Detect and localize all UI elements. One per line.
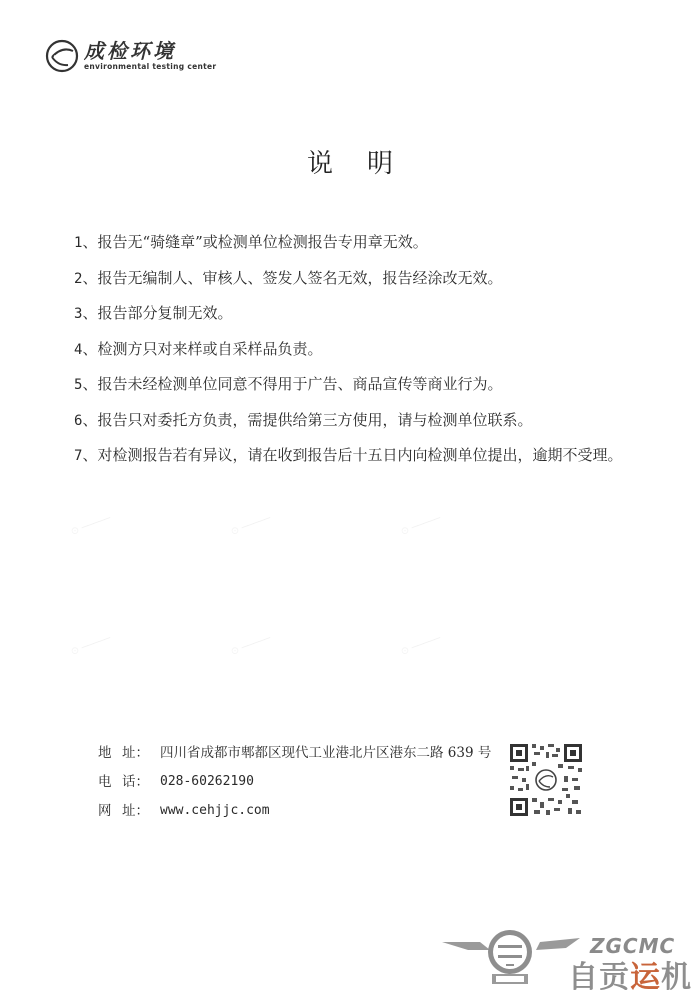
address-value: 四川省成都市郫都区现代工业港北片区港东二路 639 号 [160, 744, 491, 773]
note-separator: 、 [82, 375, 97, 393]
note-text: 检测方只对来样或自采样品负责。 [97, 340, 322, 358]
qr-code-icon [508, 742, 584, 818]
watermark: ⊙ ───── [399, 513, 442, 538]
notes-list: 1、报告无“骑缝章”或检测单位检测报告专用章无效。 2、报告无编制人、审核人、签… [74, 232, 622, 481]
footer-brand-cn: 自贡运机 [568, 952, 692, 990]
note-text: 报告只对委托方负责，需提供给第三方使用，请与检测单位联系。 [97, 411, 532, 429]
page-title: 说明 [0, 143, 700, 180]
footer-brand-cn-accent: 运 [630, 960, 661, 990]
logo-chinese-name: 成检环境 [84, 40, 216, 62]
address-row: 地 址： 四川省成都市郫都区现代工业港北片区港东二路 639 号 [98, 744, 491, 773]
website-label-char: 址： [122, 802, 160, 831]
website-label-char: 网 [98, 802, 118, 831]
note-separator: 、 [82, 446, 97, 464]
phone-value: 028-60262190 [160, 773, 254, 802]
note-text: 报告部分复制无效。 [97, 304, 232, 322]
address-label: 地 址： [98, 744, 160, 773]
note-item: 5、报告未经检测单位同意不得用于广告、商品宣传等商业行为。 [74, 374, 622, 410]
note-item: 3、报告部分复制无效。 [74, 303, 622, 339]
footer-brand-cn-part: 机 [661, 960, 692, 990]
note-separator: 、 [82, 233, 97, 251]
watermark: ⊙ ───── [229, 633, 272, 658]
website-label: 网 址： [98, 802, 160, 831]
phone-label: 电 话： [98, 773, 160, 802]
website-link[interactable]: www.cehjjc.com [160, 802, 270, 831]
document-page: ⊙ ───── ⊙ ───── ⊙ ───── ⊙ ───── ⊙ ───── … [0, 0, 700, 990]
note-separator: 、 [82, 340, 97, 358]
footer-brand-logo: ZGCMC 自贡运机 [440, 928, 698, 988]
watermark: ⊙ ───── [69, 513, 112, 538]
note-item: 2、报告无编制人、审核人、签发人签名无效，报告经涂改无效。 [74, 268, 622, 304]
watermark: ⊙ ───── [399, 633, 442, 658]
phone-row: 电 话： 028-60262190 [98, 773, 491, 802]
company-logo: 成检环境 environmental testing center [44, 38, 216, 74]
contact-info: 地 址： 四川省成都市郫都区现代工业港北片区港东二路 639 号 电 话： 02… [98, 744, 491, 831]
watermark: ⊙ ───── [229, 513, 272, 538]
website-row: 网 址： www.cehjjc.com [98, 802, 491, 831]
address-label-char: 地 [98, 744, 118, 773]
watermark: ⊙ ───── [69, 633, 112, 658]
note-text: 报告无“骑缝章”或检测单位检测报告专用章无效。 [97, 233, 427, 251]
logo-e-icon [44, 38, 80, 74]
note-separator: 、 [82, 269, 97, 287]
note-separator: 、 [82, 304, 97, 322]
note-separator: 、 [82, 411, 97, 429]
note-item: 1、报告无“骑缝章”或检测单位检测报告专用章无效。 [74, 232, 622, 268]
note-item: 7、对检测报告若有异议，请在收到报告后十五日内向检测单位提出，逾期不受理。 [74, 445, 622, 481]
note-text: 报告无编制人、审核人、签发人签名无效，报告经涂改无效。 [97, 269, 502, 287]
note-text: 对检测报告若有异议，请在收到报告后十五日内向检测单位提出，逾期不受理。 [97, 446, 622, 464]
address-label-char: 址： [122, 744, 160, 773]
logo-english-name: environmental testing center [84, 62, 216, 72]
note-item: 6、报告只对委托方负责，需提供给第三方使用，请与检测单位联系。 [74, 410, 622, 446]
footer-brand-cn-part: 自贡 [568, 960, 630, 990]
phone-label-char: 电 [98, 773, 118, 802]
note-item: 4、检测方只对来样或自采样品负责。 [74, 339, 622, 375]
note-text: 报告未经检测单位同意不得用于广告、商品宣传等商业行为。 [97, 375, 502, 393]
phone-label-char: 话： [122, 773, 160, 802]
